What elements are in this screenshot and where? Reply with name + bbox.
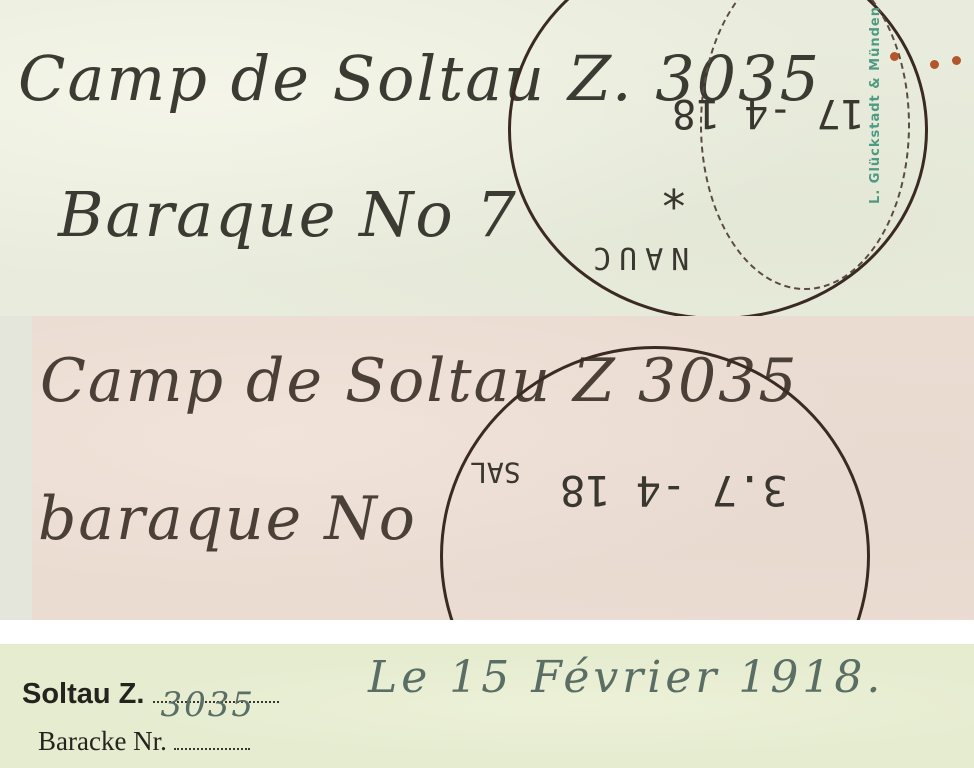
document-excerpt-1: Camp de Soltau Z. 3035 Baraque No 7 17 -…: [0, 0, 974, 316]
postmark-star-icon: *: [660, 180, 688, 234]
printer-imprint: L. Glückstadt & Münden: [868, 6, 883, 204]
red-dot-icon: [890, 52, 899, 61]
handwritten-date: Le 15 Février 1918.: [368, 652, 884, 703]
printed-form-header: Soltau Z. 3035 Baracke Nr. Le 15 Février…: [0, 644, 974, 768]
field-value-line: [174, 748, 250, 750]
field-value: 3035: [161, 685, 256, 725]
handwritten-address-line-2: baraque No: [38, 484, 417, 554]
postmark-date: 17 -4 18: [672, 90, 865, 136]
handwritten-address-line-2: Baraque No 7: [58, 178, 518, 251]
postmark-town-text: NAUC: [585, 240, 689, 275]
field-label: Baracke Nr.: [38, 726, 167, 756]
postmark-date: 3.7 -4 18: [560, 466, 788, 515]
field-value-line: 3035: [153, 701, 279, 703]
red-dot-icon: [952, 56, 961, 65]
document-excerpt-2: Camp de Soltau Z 3035 baraque No 3.7 -4 …: [0, 316, 974, 620]
postmark-town-text: SAL: [470, 456, 521, 489]
form-field-soltau: Soltau Z. 3035: [22, 678, 279, 711]
red-dot-icon: [930, 60, 939, 69]
form-field-baracke: Baracke Nr.: [38, 726, 250, 757]
field-label: Soltau Z.: [22, 678, 144, 710]
paper-edge: [0, 316, 32, 620]
separator: [0, 620, 974, 644]
